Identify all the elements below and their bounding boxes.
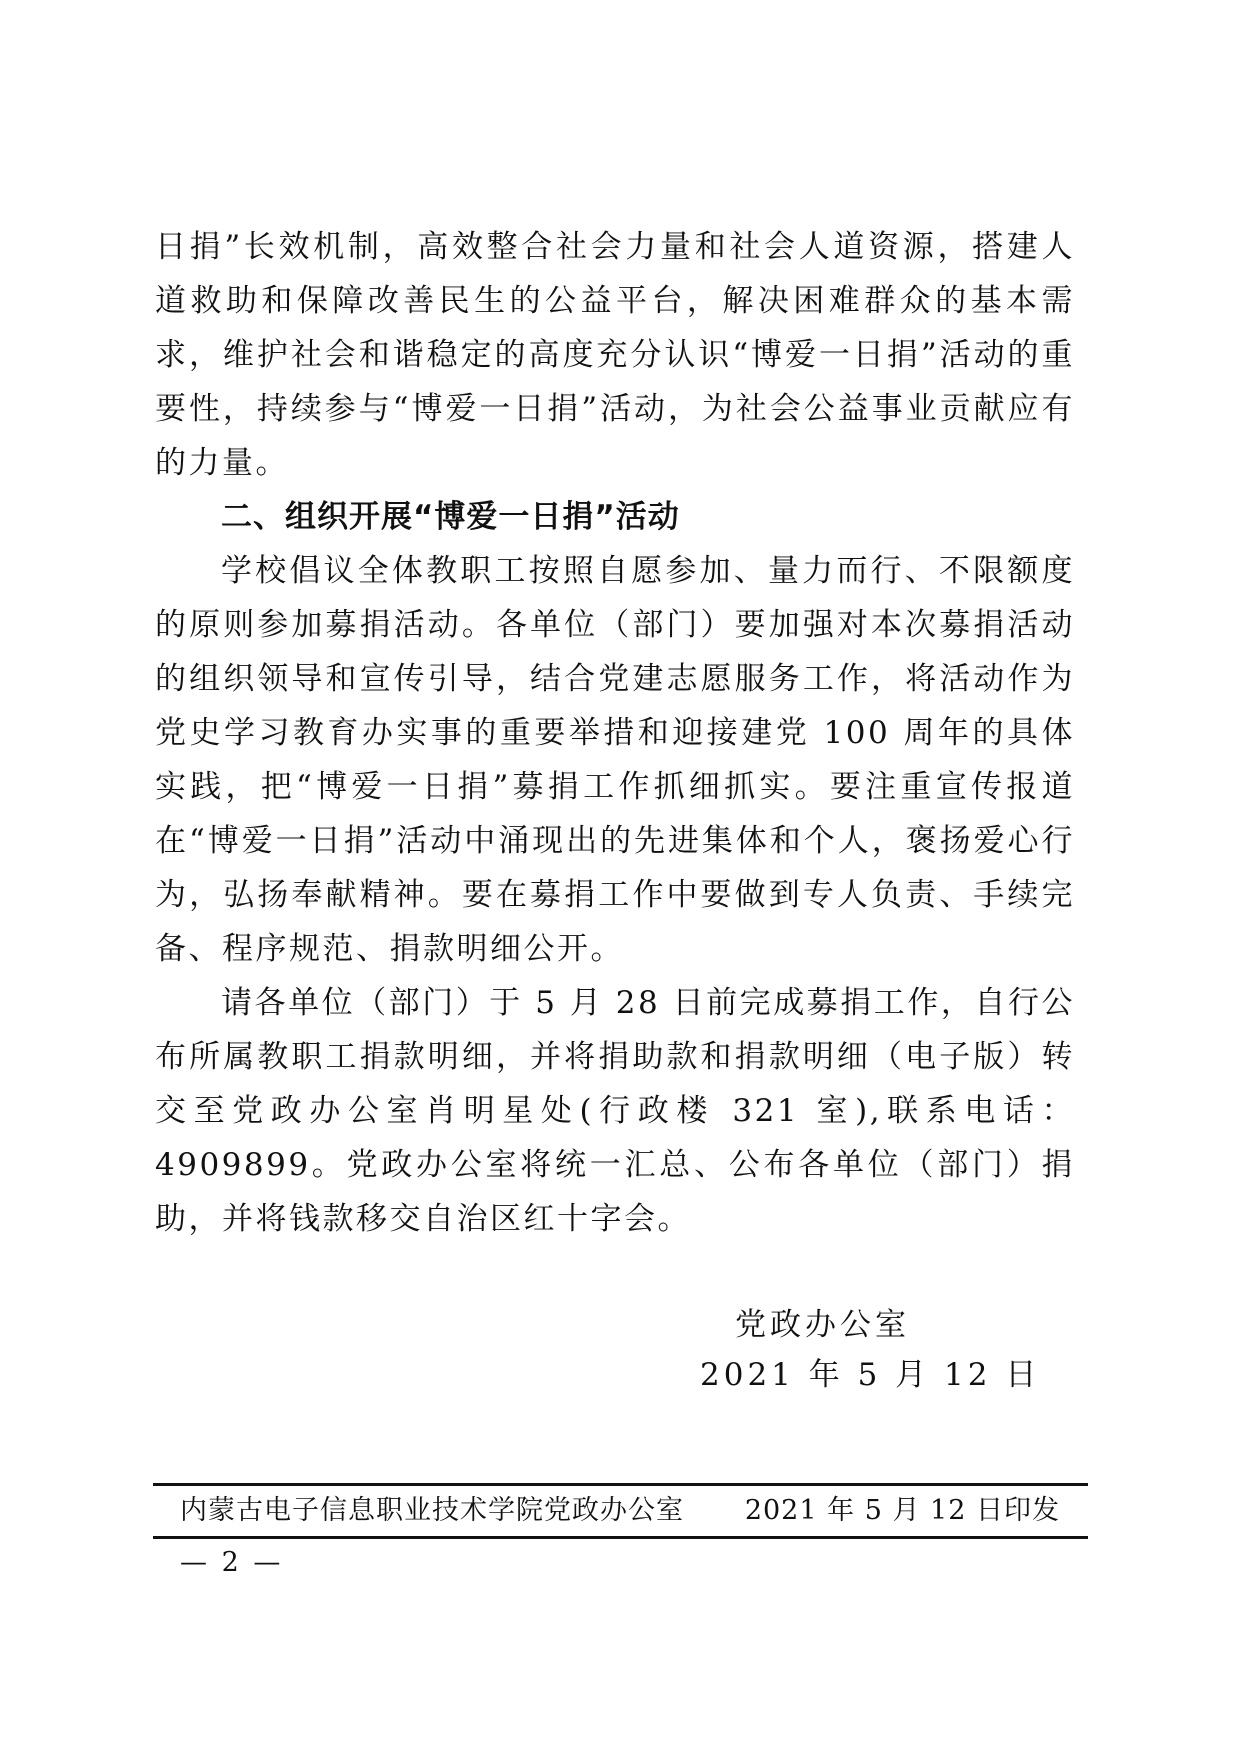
signature-date: 2021 年 5 月 12 日 bbox=[700, 1350, 1040, 1400]
footer-bottom-rule bbox=[153, 1536, 1088, 1539]
section-heading: 二、组织开展“博爱一日捐”活动 bbox=[155, 490, 1075, 544]
signature-block: 党政办公室 2021 年 5 月 12 日 bbox=[700, 1300, 1040, 1400]
footer-issue-date: 2021 年 5 月 12 日印发 bbox=[745, 1490, 1060, 1532]
paragraph-continuation: 日捐”长效机制，高效整合社会力量和社会人道资源，搭建人道救助和保障改善民生的公益… bbox=[155, 220, 1075, 490]
document-page: 日捐”长效机制，高效整合社会力量和社会人道资源，搭建人道救助和保障改善民生的公益… bbox=[0, 0, 1241, 1754]
page-number: — 2 — bbox=[180, 1545, 283, 1581]
footer-issuer: 内蒙古电子信息职业技术学院党政办公室 bbox=[180, 1490, 684, 1532]
signature-organization: 党政办公室 bbox=[700, 1300, 1040, 1350]
footer-top-rule bbox=[153, 1483, 1088, 1486]
document-body: 日捐”长效机制，高效整合社会力量和社会人道资源，搭建人道救助和保障改善民生的公益… bbox=[155, 220, 1075, 1246]
paragraph-initiative: 学校倡议全体教职工按照自愿参加、量力而行、不限额度的原则参加募捐活动。各单位（部… bbox=[155, 544, 1075, 976]
paragraph-deadline: 请各单位（部门）于 5 月 28 日前完成募捐工作，自行公布所属教职工捐款明细，… bbox=[155, 976, 1075, 1246]
footer-issue-line: 内蒙古电子信息职业技术学院党政办公室 2021 年 5 月 12 日印发 bbox=[180, 1490, 1060, 1532]
